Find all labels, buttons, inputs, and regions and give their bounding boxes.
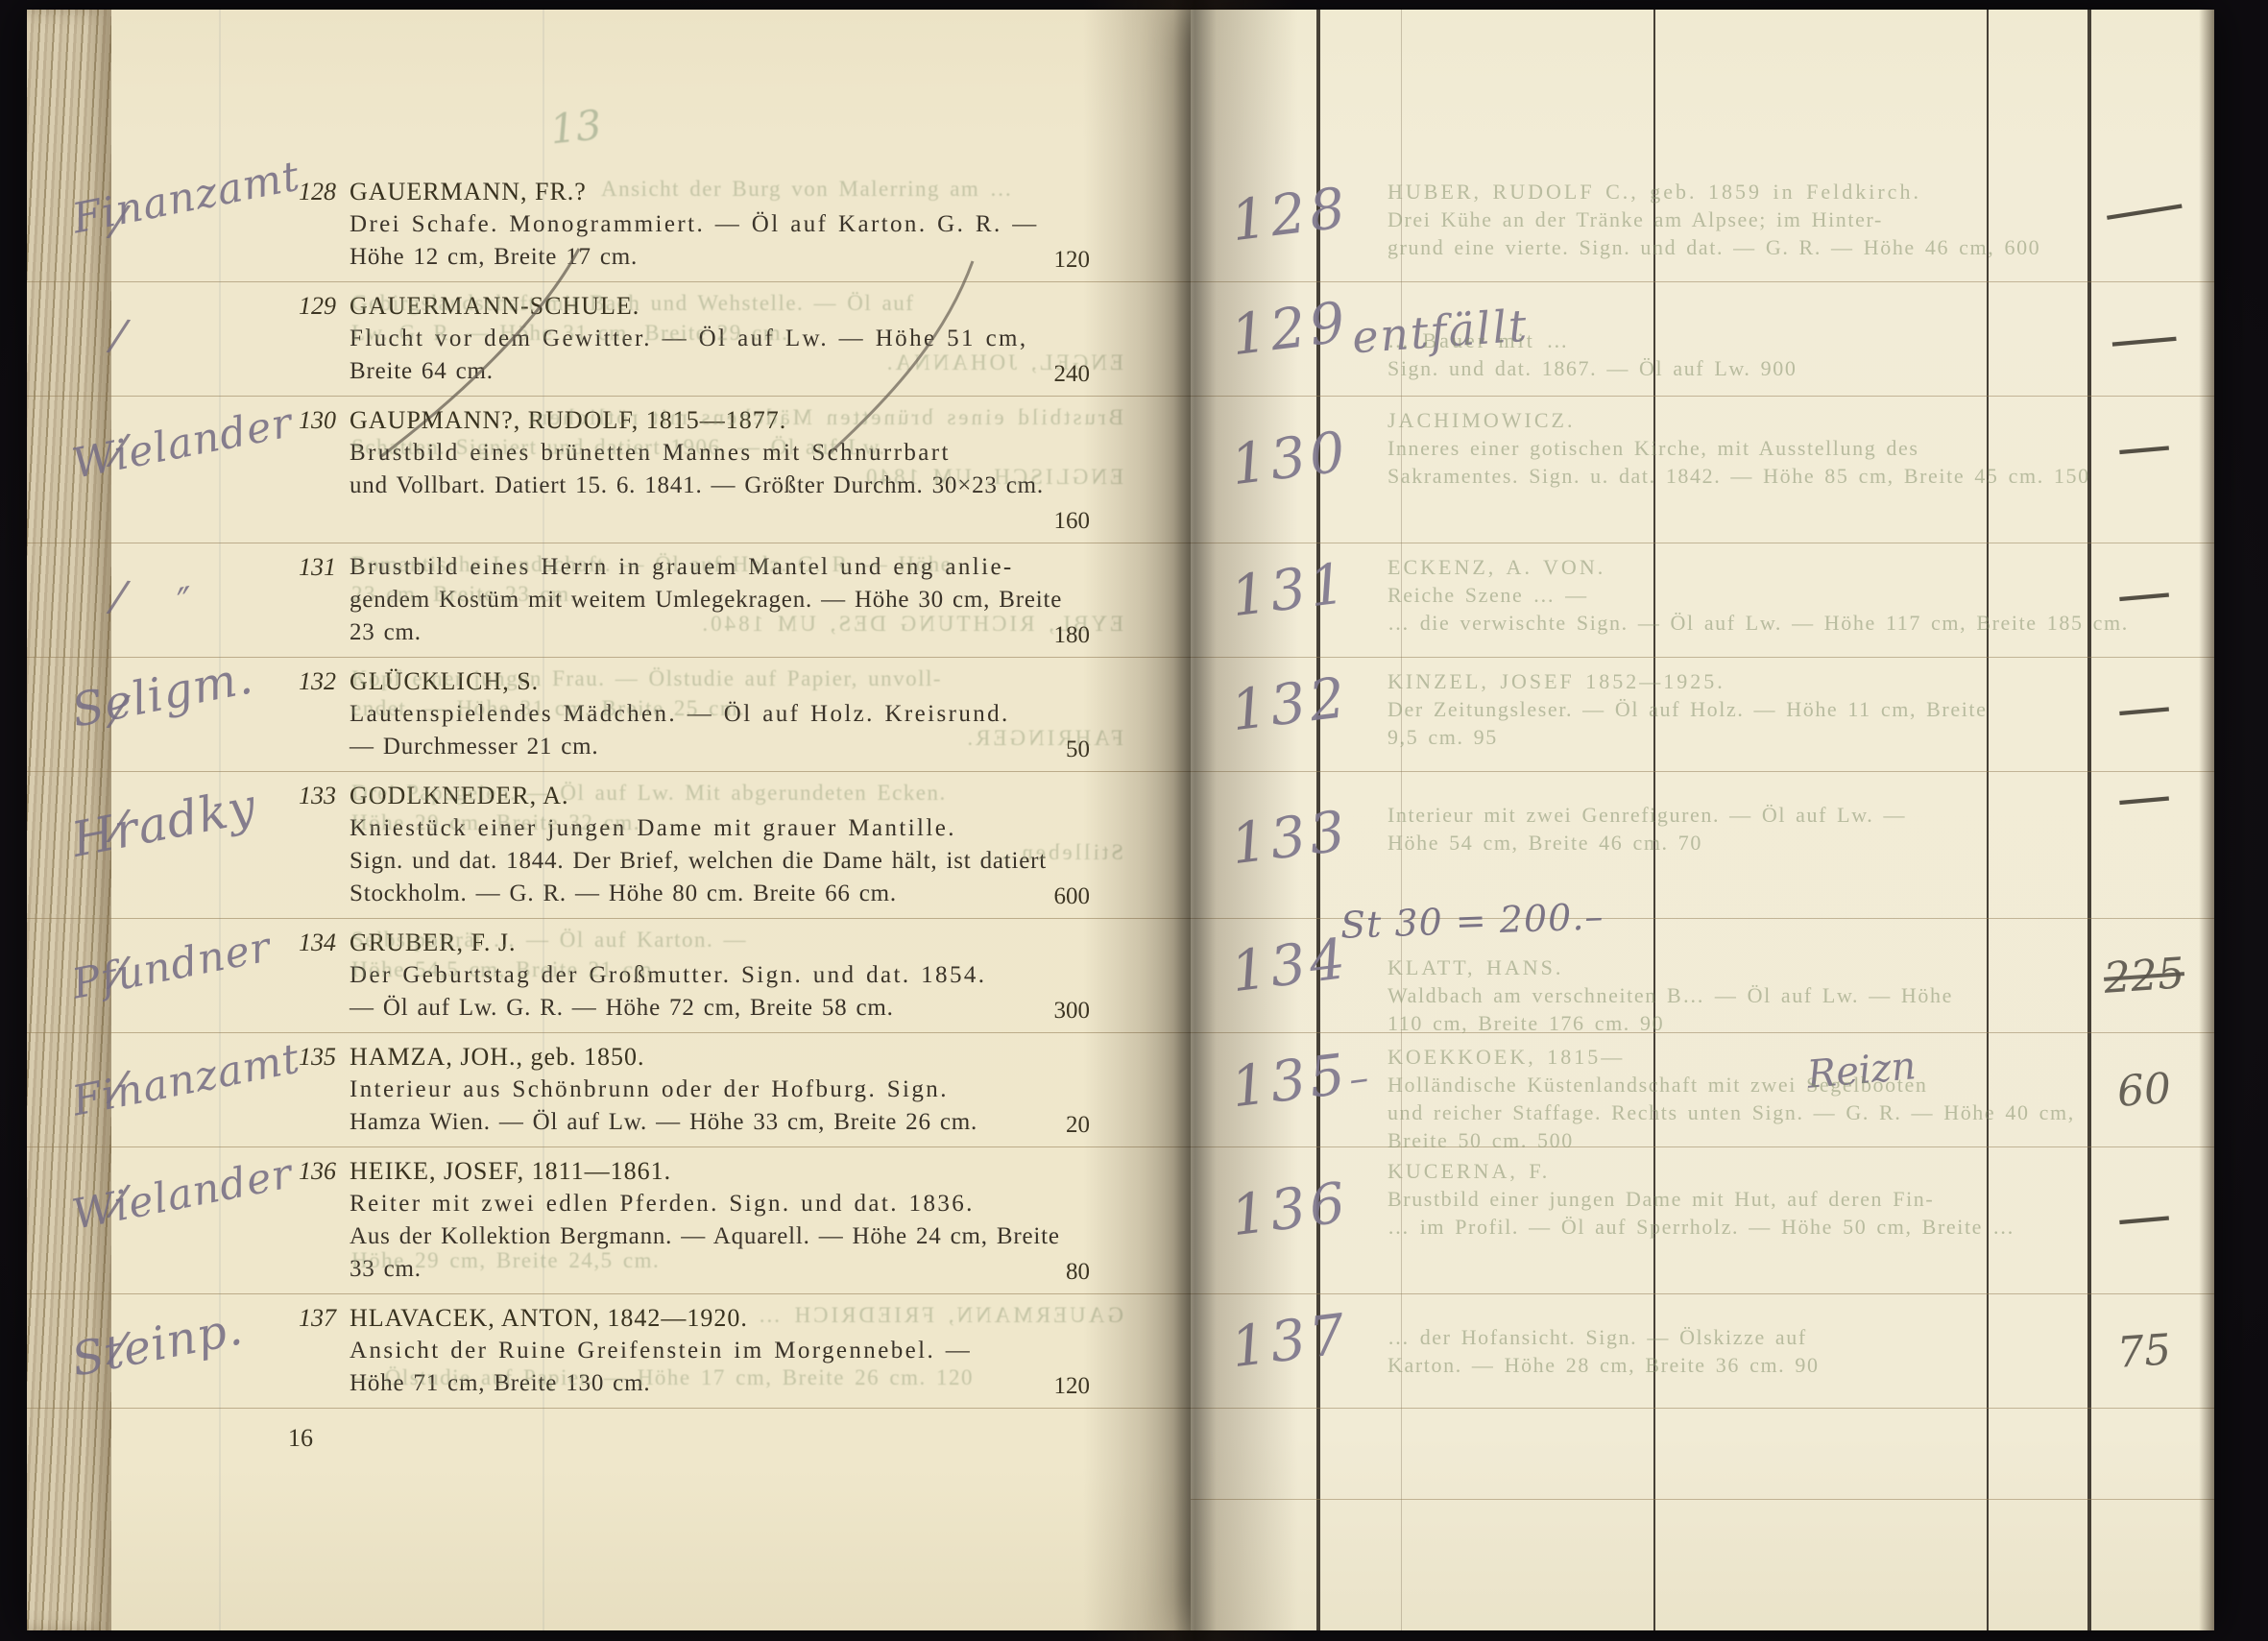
- artist-name: GLÜCKLICH, S.: [350, 665, 1090, 698]
- lot-number: 133: [269, 780, 336, 812]
- entry-line: Drei Schafe. Monogrammiert. — Öl auf Kar…: [350, 208, 1090, 241]
- entry-line: und Vollbart. Datiert 15. 6. 1841. — Grö…: [350, 470, 1090, 502]
- margin-amount: 225: [2089, 948, 2198, 1004]
- estimate-price: 80: [1066, 1259, 1090, 1286]
- catalog-entry-137: / Steinp. 137 GAUERMANN, FRIEDRICH … — Ö…: [27, 1294, 1191, 1409]
- entry-line: — Durchmesser 21 cm.: [350, 731, 1090, 763]
- catalog-entry-131: / ″ 131 Romantische Landschaft. — Öl auf…: [27, 543, 1191, 658]
- margin-name: Steinp.: [67, 1301, 247, 1387]
- ghost-text: JACHIMOWICZ. Inneres einer gotischen Kir…: [1387, 406, 2075, 490]
- ledger-rows: 128 HUBER, RUDOLF C., geb. 1859 in Feldk…: [1191, 168, 2214, 1500]
- margin-name: Seligm.: [67, 650, 257, 737]
- entry-line: Breite 64 cm.: [350, 355, 1090, 388]
- artist-name: GODLKNEDER, A.: [350, 780, 1090, 812]
- entry-line: Reiter mit zwei edlen Pferden. Sign. und…: [350, 1188, 1090, 1220]
- entry-line: Brustbild eines Herrn in grauem Mantel u…: [350, 551, 1090, 584]
- lot-number-handwritten: 132: [1227, 664, 1352, 743]
- note-reizn: Reizn: [1805, 1044, 1918, 1098]
- note-entfaellt: entfällt: [1350, 300, 1530, 364]
- ghost-text: KLATT, HANS. Waldbach am verschneiten B……: [1387, 953, 2075, 1037]
- lot-number-handwritten: 136: [1227, 1170, 1352, 1248]
- lot-number: 134: [269, 927, 336, 959]
- artist-name: GRUBER, F. J.: [350, 927, 1090, 959]
- entry-line: Aus der Kollektion Bergmann. — Aquarell.…: [350, 1220, 1090, 1253]
- tally-mark: /: [109, 310, 128, 360]
- entry-line: Interieur aus Schönbrunn oder der Hofbur…: [350, 1074, 1090, 1106]
- estimate-price: 240: [1054, 361, 1091, 388]
- ledger-row-130: 130 JACHIMOWICZ. Inneres einer gotischen…: [1191, 397, 2214, 543]
- ledger-row-128: 128 HUBER, RUDOLF C., geb. 1859 in Feldk…: [1191, 168, 2214, 282]
- number-dash-suffix: –: [1346, 1055, 1370, 1101]
- entry-line: Hamza Wien. — Öl auf Lw. — Höhe 33 cm, B…: [350, 1106, 1090, 1139]
- margin-amount: 75: [2089, 1323, 2198, 1380]
- ghost-text: … der Hofansicht. Sign. — Ölskizze auf K…: [1387, 1323, 2075, 1379]
- estimate-price: 120: [1054, 1373, 1091, 1400]
- entry-line: Höhe 12 cm, Breite 17 cm.: [350, 241, 1090, 274]
- ghost-text: HUBER, RUDOLF C., geb. 1859 in Feldkirch…: [1387, 178, 2075, 261]
- entry-line: Ansicht der Ruine Greifenstein im Morgen…: [350, 1335, 1090, 1367]
- entry-line: Sign. und dat. 1844. Der Brief, welchen …: [350, 845, 1090, 878]
- ledger-row-137: 137 … der Hofansicht. Sign. — Ölskizze a…: [1191, 1294, 2214, 1409]
- ledger-row-131: 131 ECKENZ, A. VON. Reiche Szene … — … d…: [1191, 543, 2214, 658]
- lot-number: 131: [269, 551, 336, 584]
- entry-line: 33 cm.: [350, 1253, 1090, 1286]
- lot-number-handwritten: 128: [1227, 175, 1352, 253]
- catalog-entry-133: / Hradky 133 Drei Papageien. — Öl auf Lw…: [27, 772, 1191, 919]
- entry-line: Kniestück einer jungen Dame mit grauer M…: [350, 812, 1090, 845]
- catalog-entry-128: / Finanzamt 128 Ansicht der Burg von Mal…: [27, 168, 1191, 282]
- book-spread: 13 / Finanzamt 128 Ansicht der Burg von …: [0, 0, 2268, 1641]
- artist-name: HLAVACEK, ANTON, 1842—1920.: [350, 1302, 1090, 1335]
- estimate-price: 50: [1066, 736, 1090, 763]
- margin-amount: 60: [2089, 1062, 2198, 1119]
- artist-name: HAMZA, JOH., geb. 1850.: [350, 1041, 1090, 1074]
- lot-number-handwritten: 137: [1227, 1301, 1352, 1380]
- catalog-entry-135: / Finanzamt 135 HAMZA, JOH., geb. 1850. …: [27, 1033, 1191, 1147]
- catalog-entry-132: / Seligm. 132 Kopf einer jungen Frau. — …: [27, 658, 1191, 772]
- margin-ditto-mark: ″: [175, 579, 198, 625]
- estimate-price: 300: [1054, 998, 1091, 1025]
- margin-name: Pfundner: [68, 923, 275, 1008]
- catalog-entry-130: / Wielander 130 Brustbild eines brünette…: [27, 397, 1191, 543]
- entry-line: Der Geburtstag der Großmutter. Sign. und…: [350, 959, 1090, 992]
- ledger-row-133: 133 Interieur mit zwei Genrefiguren. — Ö…: [1191, 772, 2214, 919]
- entry-line: Stockholm. — G. R. — Höhe 80 cm. Breite …: [350, 878, 1090, 910]
- entry-line: Höhe 71 cm, Breite 130 cm.: [350, 1367, 1090, 1400]
- ghost-text: KINZEL, JOSEF 1852—1925. Der Zeitungsles…: [1387, 667, 2075, 751]
- page-number: 16: [27, 1424, 1191, 1453]
- ghost-pencil-note: 13: [548, 101, 604, 153]
- estimate-price: 160: [1054, 508, 1091, 535]
- artist-name: GAUPMANN?, RUDOLF, 1815—1877.: [350, 404, 1090, 437]
- lot-number: 135: [269, 1041, 336, 1074]
- entry-line: gendem Kostüm mit weitem Umlegekragen. —…: [350, 584, 1090, 616]
- catalog-entry-136: / Wielander 136 Höhe 29 cm, Breite 24,5 …: [27, 1147, 1191, 1294]
- ledger-row-129: 129 entfällt … Bauer mit … Sign. und dat…: [1191, 282, 2214, 397]
- margin-name: Wielander: [68, 1149, 297, 1239]
- margin-check-mark: —: [2006, 170, 2268, 251]
- lot-number: 137: [269, 1302, 336, 1335]
- left-catalog-page: 13 / Finanzamt 128 Ansicht der Burg von …: [27, 10, 1191, 1630]
- ghost-text: KUCERNA, F. Brustbild einer jungen Dame …: [1387, 1157, 2075, 1241]
- artist-name: GAUERMANN-SCHULE.: [350, 290, 1090, 323]
- page-outer-edge: [2199, 10, 2214, 1630]
- estimate-price: 20: [1066, 1112, 1090, 1139]
- estimate-price: 600: [1054, 883, 1091, 910]
- ledger-row-134: 134 St 30 = 200.– KLATT, HANS. Waldbach …: [1191, 919, 2214, 1033]
- artist-name: HEIKE, JOSEF, 1811—1861.: [350, 1155, 1090, 1188]
- entry-line: 23 cm.: [350, 616, 1090, 649]
- lot-number-handwritten: 130: [1227, 419, 1352, 497]
- right-ledger-page: 128 HUBER, RUDOLF C., geb. 1859 in Feldk…: [1191, 10, 2214, 1630]
- entry-line: Lautenspielendes Mädchen. — Öl auf Holz.…: [350, 698, 1090, 731]
- lot-number-handwritten: 129: [1227, 289, 1352, 368]
- margin-name: Hradky: [67, 778, 260, 868]
- entry-line: Brustbild eines brünetten Mannes mit Sch…: [350, 437, 1090, 470]
- margin-check-mark: —: [2027, 311, 2262, 370]
- ghost-text: Interieur mit zwei Genrefiguren. — Öl au…: [1387, 801, 2075, 857]
- lot-number-handwritten: 133: [1227, 798, 1352, 877]
- ledger-row-empty: [1191, 1409, 2214, 1500]
- entry-line: Flucht vor dem Gewitter. — Öl auf Lw. — …: [350, 323, 1090, 355]
- ghost-text: KOEKKOEK, 1815— Holländische Küstenlands…: [1387, 1043, 2075, 1154]
- catalog-entries: / Finanzamt 128 Ansicht der Burg von Mal…: [27, 168, 1191, 1453]
- lot-number: 132: [269, 665, 336, 698]
- entry-line: — Öl auf Lw. G. R. — Höhe 72 cm, Breite …: [350, 992, 1090, 1025]
- artist-name: GAUERMANN, FR.?: [350, 176, 1090, 208]
- catalog-entry-134: / Pfundner 134 Selbstporträt … — Öl auf …: [27, 919, 1191, 1033]
- lot-number-handwritten: 134: [1227, 926, 1352, 1004]
- tally-mark: /: [109, 571, 128, 621]
- ledger-row-136: 136 KUCERNA, F. Brustbild einer jungen D…: [1191, 1147, 2214, 1294]
- lot-number-handwritten: 135–: [1227, 1039, 1371, 1121]
- estimate-price: 180: [1054, 622, 1091, 649]
- note-price-calculation: St 30 = 200.–: [1339, 895, 1604, 947]
- ledger-row-135: 135– Reizn KOEKKOEK, 1815— Holländische …: [1191, 1033, 2214, 1147]
- lot-number: 130: [269, 404, 336, 437]
- lot-number: 129: [269, 290, 336, 323]
- ledger-row-132: 132 KINZEL, JOSEF 1852—1925. Der Zeitung…: [1191, 658, 2214, 772]
- lot-number: 136: [269, 1155, 336, 1188]
- catalog-entry-129: / 129 Gebirgslandschaft mit Bach und Weh…: [27, 282, 1191, 397]
- ghost-text: ECKENZ, A. VON. Reiche Szene … — … die v…: [1387, 553, 2075, 637]
- lot-number-handwritten: 131: [1227, 550, 1352, 629]
- lot-number: 128: [269, 176, 336, 208]
- margin-name: Wielander: [68, 398, 297, 488]
- estimate-price: 120: [1054, 247, 1091, 274]
